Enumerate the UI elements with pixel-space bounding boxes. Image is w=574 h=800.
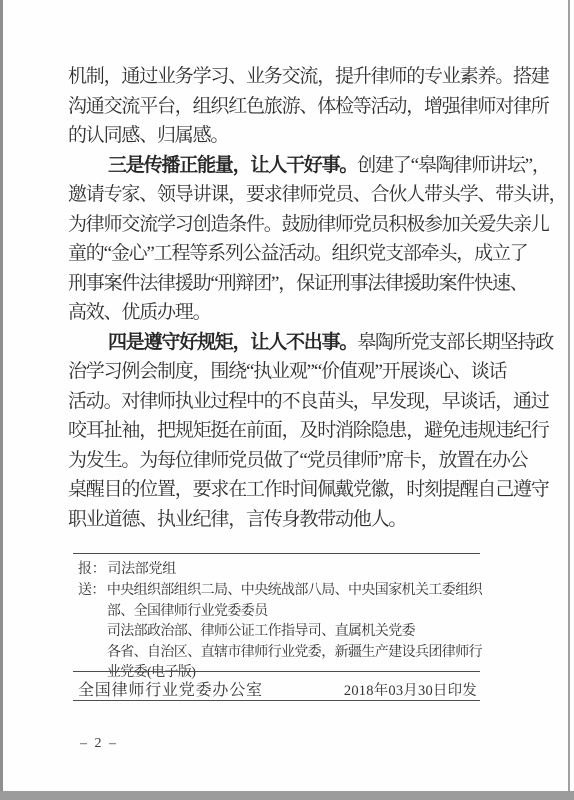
send-recipient-line: 司法部政治部、律师公证工作指导司、直属机关党委 <box>107 622 482 643</box>
footer-divider-middle <box>73 671 480 672</box>
scan-edge-left <box>0 0 3 800</box>
document-page: 机制，通过业务学习、业务交流，提升律师的专业素养。搭建沟通交流平台，组织红色旅游… <box>0 0 574 800</box>
send-to-row: 送： 中央组织部组织二局、中央统战部八局、中央国家机关工委组织部、全国律师行业党… <box>78 581 482 684</box>
footer-divider-bottom <box>73 700 480 701</box>
text-line: 为律师交流学习创造条件。鼓励律师党员积极参加关爱失亲儿 <box>68 210 554 240</box>
text-line: 职业道德、执业纪律，言传身教带动他人。 <box>68 505 554 535</box>
scan-edge-right <box>568 0 570 794</box>
paragraph-text: 创建了“皋陶律师讲坛”， <box>357 155 549 176</box>
report-label: 报： <box>78 560 105 580</box>
paragraph-point-three: 三是传播正能量，让人干好事。创建了“皋陶律师讲坛”， 邀请专家、领导讲课，要求律… <box>68 151 554 328</box>
send-label: 送： <box>78 581 105 684</box>
issuer-row: 全国律师行业党委办公室 2018年03月30日印发 <box>78 677 477 700</box>
text-line: 童的“金心”工程等系列公益活动。组织党支部牵头，成立了 <box>68 239 554 269</box>
paragraph-continuation: 机制，通过业务学习、业务交流，提升律师的专业素养。搭建沟通交流平台，组织红色旅游… <box>68 62 554 151</box>
page-number: – 2 – <box>80 736 118 752</box>
scan-edge-bottom <box>0 791 574 800</box>
report-to-row: 报： 司法部党组 <box>78 560 176 580</box>
report-value: 司法部党组 <box>107 560 176 580</box>
send-recipients: 中央组织部组织二局、中央统战部八局、中央国家机关工委组织部、全国律师行业党委委员… <box>107 581 482 684</box>
send-recipient-line: 各省、自治区、直辖市律师行业党委，新疆生产建设兵团律师行 <box>107 643 482 664</box>
text-line: 邀请专家、领导讲课，要求律师党员、合伙人带头学、带头讲， <box>68 180 554 210</box>
paragraph-heading: 四是遵守好规矩，让人不出事。 <box>108 332 357 353</box>
text-line: 沟通交流平台，组织红色旅游、体检等活动，增强律师对律所 <box>68 92 554 122</box>
text-line: 治学习例会制度，围绕“执业观”“价值观”开展谈心、谈话 <box>68 357 554 387</box>
send-recipient-line: 中央组织部组织二局、中央统战部八局、中央国家机关工委组织 <box>107 581 482 602</box>
footer-divider-top <box>73 553 480 554</box>
text-line: 咬耳扯袖，把规矩挺在前面，及时消除隐患，避免违规违纪行 <box>68 416 554 446</box>
text-line: 高效、优质办理。 <box>68 298 554 328</box>
paragraph-point-four: 四是遵守好规矩，让人不出事。皋陶所党支部长期坚持政 治学习例会制度，围绕“执业观… <box>68 328 554 535</box>
send-recipient-line: 部、全国律师行业党委委员 <box>107 602 482 623</box>
text-line: 桌醒目的位置，要求在工作时间佩戴党徽，时刻提醒自己遵守 <box>68 475 554 505</box>
issuer-office: 全国律师行业党委办公室 <box>78 677 263 700</box>
paragraph-lines: 治学习例会制度，围绕“执业观”“价值观”开展谈心、谈话活动。对律师执业过程中的不… <box>68 357 554 534</box>
text-line: 的认同感、归属感。 <box>68 121 554 151</box>
text-line: 刑事案件法律援助“刑辩团”，保证刑事法律援助案件快速、 <box>68 269 554 299</box>
text-line: 活动。对律师执业过程中的不良苗头，早发现，早谈话，通过 <box>68 387 554 417</box>
text-line: 机制，通过业务学习、业务交流，提升律师的专业素养。搭建 <box>68 62 554 92</box>
text-line: 三是传播正能量，让人干好事。创建了“皋陶律师讲坛”， <box>68 151 554 181</box>
print-date: 2018年03月30日印发 <box>344 679 477 700</box>
paragraph-heading: 三是传播正能量，让人干好事。 <box>108 155 357 176</box>
text-line: 四是遵守好规矩，让人不出事。皋陶所党支部长期坚持政 <box>68 328 554 358</box>
text-line: 为发生。为每位律师党员做了“党员律师”席卡，放置在办公 <box>68 446 554 476</box>
document-body: 机制，通过业务学习、业务交流，提升律师的专业素养。搭建沟通交流平台，组织红色旅游… <box>68 62 554 534</box>
paragraph-text: 皋陶所党支部长期坚持政 <box>357 332 553 353</box>
paragraph-lines: 邀请专家、领导讲课，要求律师党员、合伙人带头学、带头讲，为律师交流学习创造条件。… <box>68 180 554 328</box>
